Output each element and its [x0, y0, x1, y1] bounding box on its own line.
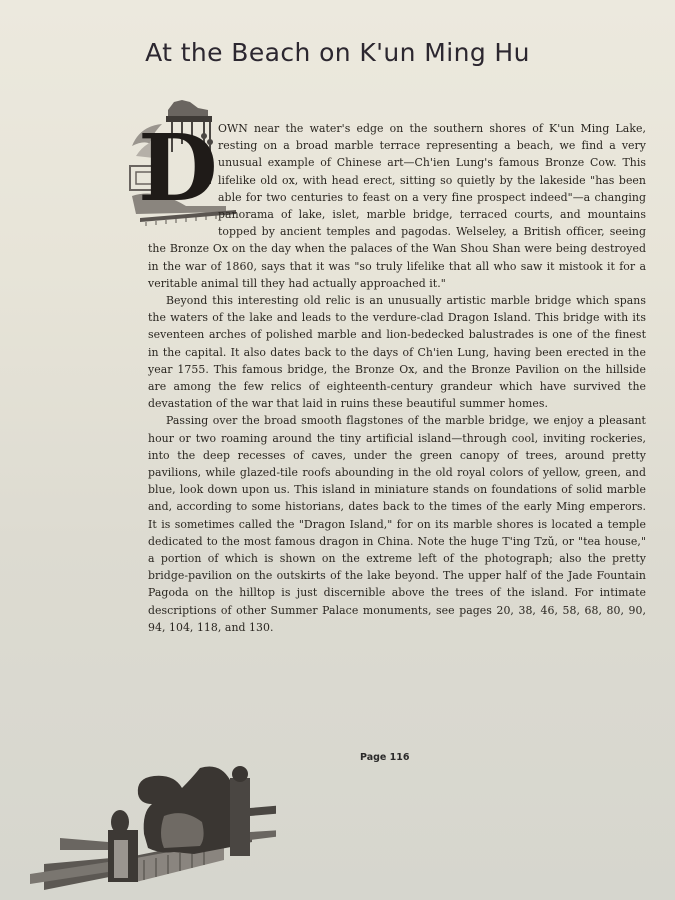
page-number: Page 116 [360, 752, 410, 763]
paragraph-2: Beyond this interesting old relic is an … [148, 292, 646, 412]
drop-cap-space [126, 120, 214, 240]
page-title: At the Beach on K'un Ming Hu [0, 38, 675, 67]
article-body: OWN near the water's edge on the souther… [148, 120, 646, 636]
paragraph-3: Passing over the broad smooth flagstones… [148, 412, 646, 636]
paragraph-1-text: OWN near the water's edge on the souther… [148, 122, 646, 290]
paragraph-1: OWN near the water's edge on the souther… [148, 120, 646, 292]
stone-lion-icon [24, 742, 276, 892]
stone-lion-illustration [24, 742, 276, 892]
